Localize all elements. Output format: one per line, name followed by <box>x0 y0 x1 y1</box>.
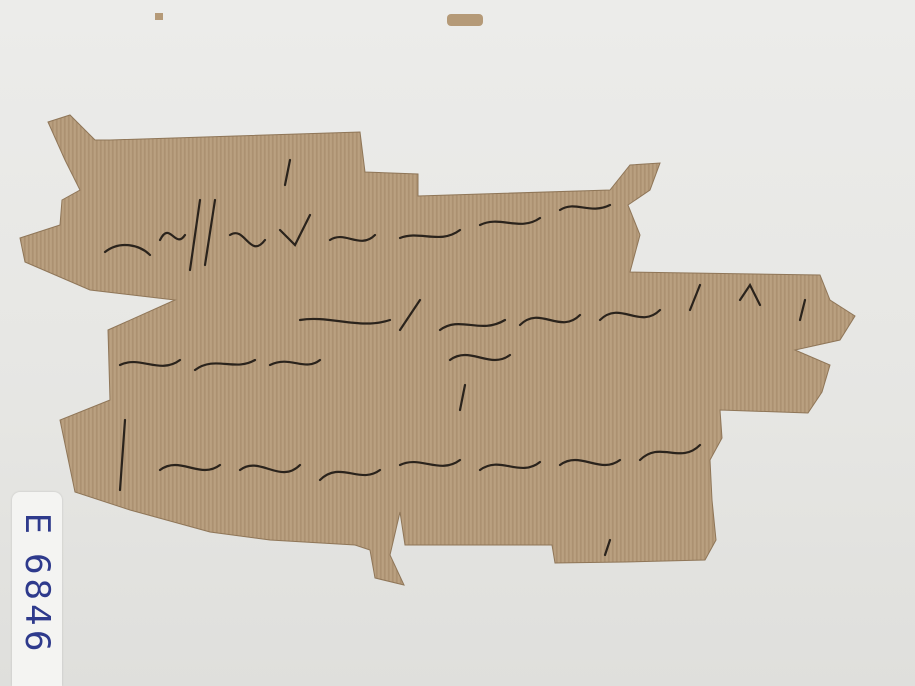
inventory-number: E 6846 <box>17 505 57 663</box>
papyrus-fragment <box>0 0 915 686</box>
inventory-label: E 6846 <box>12 492 62 686</box>
